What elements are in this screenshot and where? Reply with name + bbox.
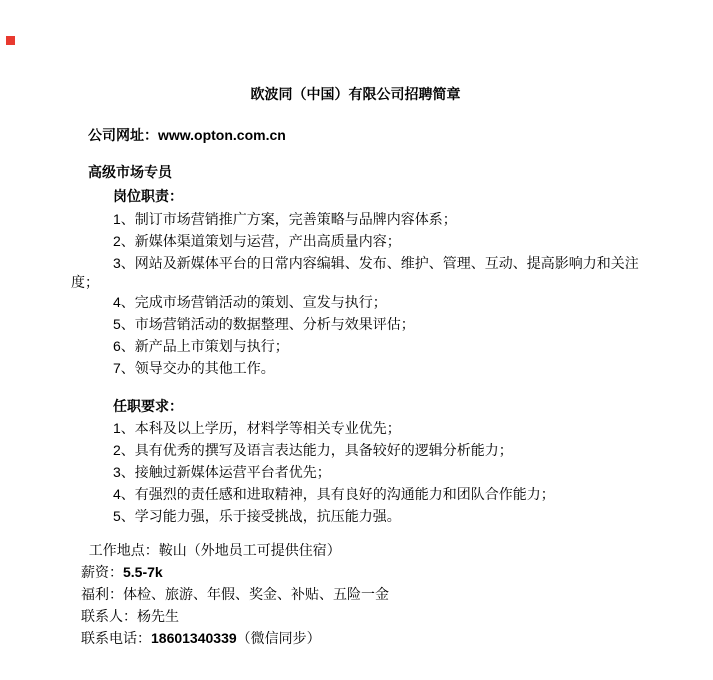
duty-item-4: 4、完成市场营销活动的策划、宣发与执行； xyxy=(71,291,640,313)
salary-value: 5.5-7k xyxy=(123,564,163,580)
duty-item-1: 1、制订市场营销推广方案，完善策略与品牌内容体系； xyxy=(71,208,640,230)
company-website-line: 公司网址：www.opton.com.cn xyxy=(71,124,640,146)
salary-label: 薪资： xyxy=(81,564,123,580)
requirement-item-1: 1、本科及以上学历，材料学等相关专业优先； xyxy=(71,417,640,439)
duty-item-5: 5、市场营销活动的数据整理、分析与效果评估； xyxy=(71,313,640,335)
document-page: 欧波同（中国）有限公司招聘简章 公司网址：www.opton.com.cn 高级… xyxy=(0,0,713,680)
duty-item-3-line-2: 度； xyxy=(71,274,640,291)
duties-heading: 岗位职责： xyxy=(71,185,640,207)
requirement-item-5: 5、学习能力强，乐于接受挑战，抗压能力强。 xyxy=(71,505,640,527)
position-title: 高级市场专员 xyxy=(71,161,640,183)
welfare-line: 福利：体检、旅游、年假、奖金、补贴、五险一金 xyxy=(71,583,640,605)
duty-item-3-line-1: 3、网站及新媒体平台的日常内容编辑、发布、维护、管理、互动、提高影响力和关注 xyxy=(71,252,640,274)
contact-phone-line: 联系电话：18601340339（微信同步） xyxy=(71,627,640,649)
salary-line: 薪资：5.5-7k xyxy=(71,561,640,583)
phone-label: 联系电话： xyxy=(81,630,151,646)
requirement-item-3: 3、接触过新媒体运营平台者优先； xyxy=(71,461,640,483)
requirement-item-2: 2、具有优秀的撰写及语言表达能力，具备较好的逻辑分析能力； xyxy=(71,439,640,461)
requirements-heading: 任职要求： xyxy=(71,395,640,417)
phone-number: 18601340339 xyxy=(151,630,237,646)
duty-item-6: 6、新产品上市策划与执行； xyxy=(71,335,640,357)
duty-item-2: 2、新媒体渠道策划与运营，产出高质量内容； xyxy=(71,230,640,252)
phone-suffix: （微信同步） xyxy=(237,630,321,646)
document-title: 欧波同（中国）有限公司招聘简章 xyxy=(71,83,640,105)
document-content: 欧波同（中国）有限公司招聘简章 公司网址：www.opton.com.cn 高级… xyxy=(0,0,713,649)
duty-item-7: 7、领导交办的其他工作。 xyxy=(71,357,640,379)
red-marker xyxy=(6,36,15,45)
requirement-item-4: 4、有强烈的责任感和进取精神，具有良好的沟通能力和团队合作能力； xyxy=(71,483,640,505)
contact-person-line: 联系人：杨先生 xyxy=(71,605,640,627)
work-location-line: 工作地点：鞍山（外地员工可提供住宿） xyxy=(71,539,640,561)
